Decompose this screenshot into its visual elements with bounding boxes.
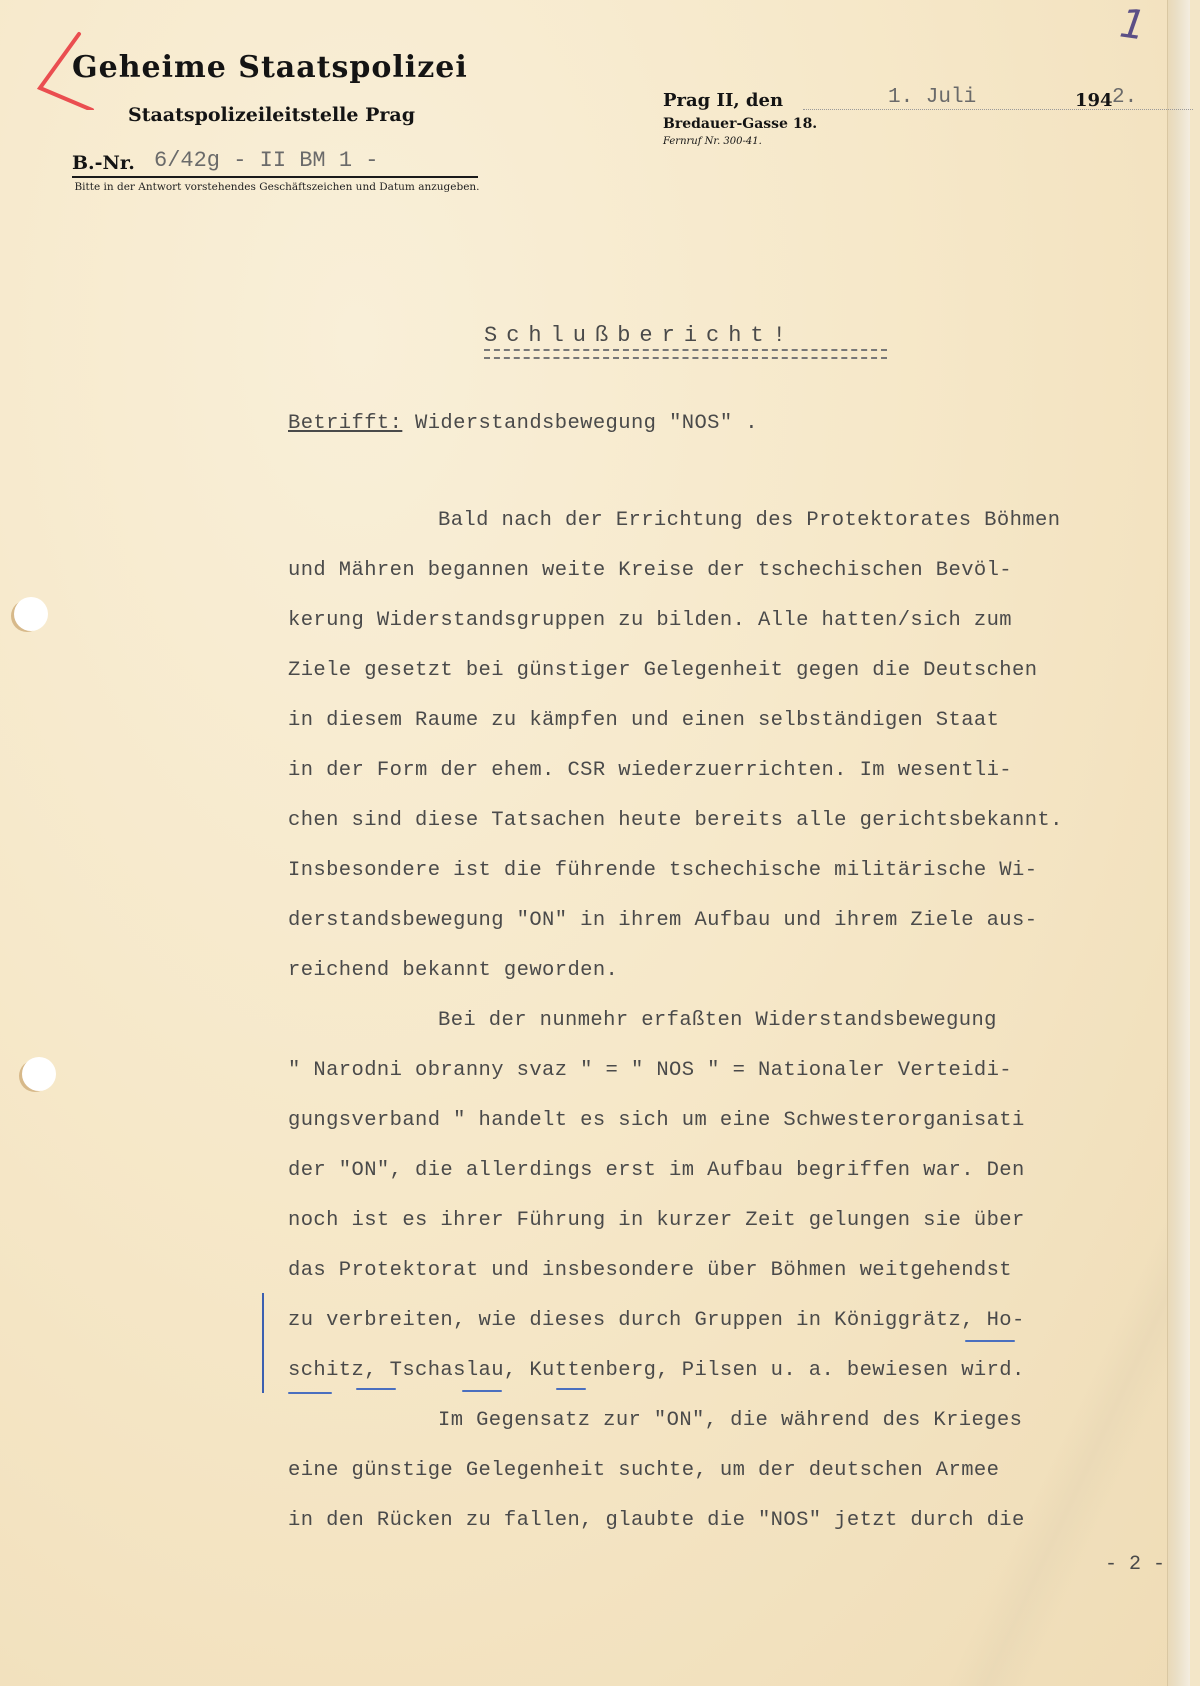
- place-date-block: Prag II, den 1. Juli 194 2. Bredauer-Gas…: [663, 90, 1143, 147]
- subject-label: Betrifft:: [288, 412, 402, 435]
- text-line: Bei der nunmehr erfaßten Widerstandsbewe…: [288, 996, 1188, 1046]
- year-printed: 194: [1075, 90, 1113, 111]
- date-typed: 1. Juli: [888, 86, 976, 109]
- year-typed: 2.: [1112, 86, 1137, 109]
- blue-underline-mark: [462, 1390, 502, 1392]
- body-text: Bald nach der Errichtung des Protektorat…: [288, 496, 1188, 1546]
- punch-hole-top: [14, 597, 48, 631]
- office-title: Staatspolizeileitstelle Prag: [128, 104, 415, 126]
- reference-label: B.-Nr.: [72, 152, 135, 174]
- text-line: " Narodni obranny svaz " = " NOS " = Nat…: [288, 1046, 1188, 1096]
- text-line: Im Gegensatz zur "ON", die während des K…: [288, 1396, 1188, 1446]
- text-line: der "ON", die allerdings erst im Aufbau …: [288, 1146, 1188, 1196]
- text-line: zu verbreiten, wie dieses durch Gruppen …: [288, 1296, 1188, 1346]
- document-page: Geheime Staatspolizei Staatspolizeileits…: [0, 0, 1190, 1686]
- page-number: - 2 -: [1105, 1553, 1165, 1576]
- text-line: in diesem Raume zu kämpfen und einen sel…: [288, 696, 1188, 746]
- text-line: derstandsbewegung "ON" in ihrem Aufbau u…: [288, 896, 1188, 946]
- blue-underline-mark: [356, 1388, 396, 1390]
- text-line: kerung Widerstandsgruppen zu bilden. All…: [288, 596, 1188, 646]
- phone-number: Fernruf Nr. 300-41.: [663, 136, 1143, 147]
- city-label: Prag II, den: [663, 90, 783, 111]
- reply-note: Bitte in der Antwort vorstehendes Geschä…: [72, 181, 482, 194]
- text-line: eine günstige Gelegenheit suchte, um der…: [288, 1446, 1188, 1496]
- reference-line: B.-Nr. 6/42g - II BM 1 -: [72, 148, 478, 178]
- text-line: reichend bekannt geworden.: [288, 946, 1188, 996]
- text-line: in der Form der ehem. CSR wiederzuerrich…: [288, 746, 1188, 796]
- text-line: gungsverband " handelt es sich um eine S…: [288, 1096, 1188, 1146]
- agency-title: Geheime Staatspolizei: [72, 50, 468, 85]
- text-line: das Protektorat und insbesondere über Bö…: [288, 1246, 1188, 1296]
- blue-underline-mark: [965, 1340, 1015, 1342]
- text-line: in den Rücken zu fallen, glaubte die "NO…: [288, 1496, 1188, 1546]
- blue-underline-mark: [556, 1388, 586, 1390]
- blue-margin-mark: [262, 1293, 264, 1393]
- text-line: noch ist es ihrer Führung in kurzer Zeit…: [288, 1196, 1188, 1246]
- text-line: Insbesondere ist die führende tschechisc…: [288, 846, 1188, 896]
- text-line: schitz, Tschaslau, Kuttenberg, Pilsen u.…: [288, 1346, 1188, 1396]
- subject-text: Widerstandsbewegung "NOS" .: [402, 412, 758, 435]
- subject-line: Betrifft: Widerstandsbewegung "NOS" .: [288, 412, 758, 435]
- document-heading: Schlußbericht!: [484, 323, 795, 348]
- punch-hole-bottom: [22, 1057, 56, 1091]
- text-line: Bald nach der Errichtung des Protektorat…: [288, 496, 1188, 546]
- street-address: Bredauer-Gasse 18.: [663, 116, 1143, 132]
- blue-underline-mark: [288, 1392, 332, 1394]
- text-line: chen sind diese Tatsachen heute bereits …: [288, 796, 1188, 846]
- date-dotted-line: [803, 109, 1193, 110]
- reference-number: 6/42g - II BM 1 -: [154, 148, 378, 173]
- text-line: Ziele gesetzt bei günstiger Gelegenheit …: [288, 646, 1188, 696]
- heading-double-underline: [484, 349, 887, 359]
- text-line: und Mähren begannen weite Kreise der tsc…: [288, 546, 1188, 596]
- folio-number: 1: [1117, 0, 1149, 49]
